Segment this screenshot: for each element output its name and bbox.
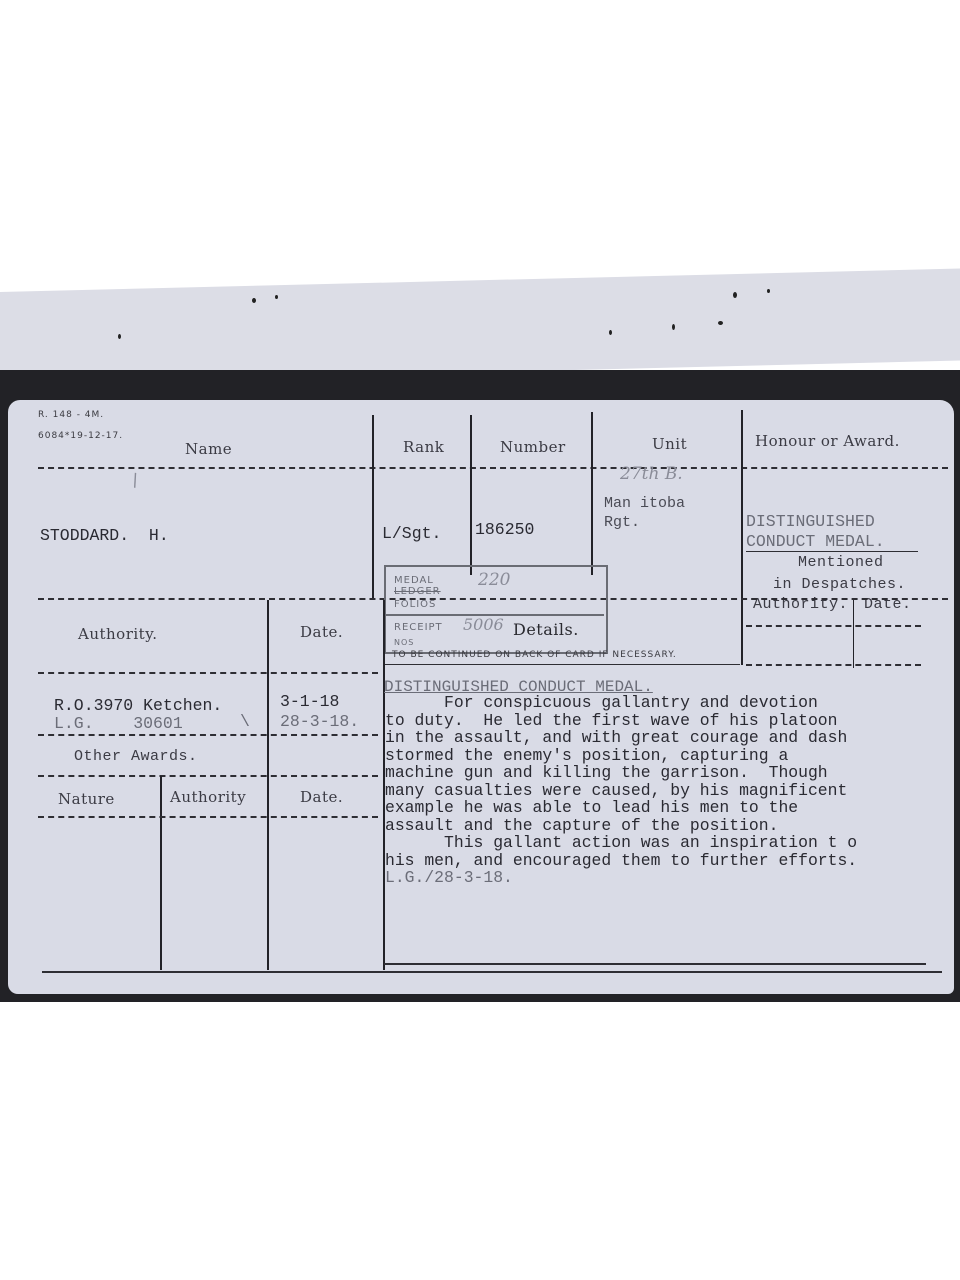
authority-header: Authority. [78, 625, 157, 643]
stamp-receipt-label: RECEIPT [394, 622, 443, 633]
other-awards-line [38, 775, 378, 777]
authority-entries-line [38, 734, 378, 736]
citation-line: his men, and encouraged them to further … [385, 851, 857, 870]
details-bottom-line [384, 963, 926, 965]
despatches-label-1: Mentioned [798, 554, 884, 571]
print-reference: 6084*19-12-17. [38, 431, 123, 441]
citation-line: in the assault, and with great courage a… [385, 728, 847, 747]
authority-entry-2-mark: \ [240, 712, 250, 731]
unit-line-1: Man itoba [604, 495, 685, 512]
citation-line: This gallant action was an inspiration t… [385, 833, 857, 852]
record-card: R. 148 - 4M. 6084*19-12-17. Name Rank Nu… [8, 400, 954, 994]
date-entry-1: 3-1-18 [280, 692, 339, 711]
soldier-number: 186250 [475, 520, 534, 539]
scan-speck [733, 292, 737, 298]
stamp-ledger-label: LEDGER [394, 586, 441, 597]
stamp-medal-label: MEDAL [394, 575, 434, 586]
other-awards-col-authority: Authority [170, 788, 246, 806]
column-divider [372, 415, 374, 600]
other-awards-header-line [38, 816, 378, 818]
column-divider [741, 410, 743, 665]
folio-value: 220 [478, 570, 510, 590]
citation-line: assault and the capture of the position. [385, 816, 778, 835]
date-header: Date. [300, 623, 343, 641]
despatches-bottom-line [746, 664, 921, 666]
authority-entry-1: R.O.3970 Ketchen. [54, 696, 222, 715]
other-awards-col-date: Date. [300, 788, 343, 806]
unit-line-2: Rgt. [604, 514, 640, 531]
column-divider [160, 776, 162, 970]
header-rank: Rank [403, 438, 444, 456]
scan-background-sheet [0, 269, 960, 384]
despatches-label-2: in Despatches. [773, 576, 906, 593]
continued-note: TO BE CONTINUED ON BACK OF CARD IF NECES… [392, 650, 677, 660]
scan-speck [252, 298, 256, 303]
details-header: Details. [513, 620, 579, 639]
citation-line: For conspicuous gallantry and devotion [385, 693, 818, 712]
stamp-nos-label: NOS [394, 638, 414, 647]
scan-speck [718, 321, 723, 325]
column-divider [267, 600, 269, 970]
column-divider [470, 415, 472, 575]
award-name-line-2: CONDUCT MEDAL. [746, 532, 885, 551]
header-number: Number [500, 438, 566, 456]
unit-handwritten-note: 27th B. [620, 464, 683, 484]
receipt-value: 5006 [463, 615, 504, 634]
column-divider [591, 412, 593, 575]
citation-line: machine gun and killing the garrison. Th… [385, 763, 828, 782]
other-awards-title: Other Awards. [74, 748, 198, 765]
citation-line: to duty. He led the first wave of his pl… [385, 711, 837, 730]
name-correction-mark: \ [130, 470, 140, 492]
header-name: Name [185, 440, 232, 458]
award-underline [746, 551, 918, 552]
soldier-rank: L/Sgt. [382, 524, 441, 543]
scan-speck [118, 334, 121, 339]
header-divider [38, 467, 948, 469]
citation-line: many casualties were caused, by his magn… [385, 781, 847, 800]
scan-speck [672, 324, 675, 330]
despatches-row-line [746, 625, 921, 627]
date-entry-2: 28-3-18. [280, 712, 359, 731]
award-name-line-1: DISTINGUISHED [746, 512, 875, 531]
scan-speck [275, 295, 278, 299]
other-awards-col-nature: Nature [58, 790, 115, 808]
scan-speck [767, 289, 770, 293]
scan-speck [609, 330, 612, 335]
form-reference: R. 148 - 4M. [38, 410, 104, 420]
authority-entry-2: L.G. 30601 [54, 714, 183, 733]
citation-line: stormed the enemy's position, capturing … [385, 746, 788, 765]
citation-body: For conspicuous gallantry and devotion t… [385, 694, 857, 887]
citation-line: L.G./28-3-18. [385, 868, 513, 887]
stamp-folios-label: FOLIOS [394, 599, 436, 610]
header-unit: Unit [652, 435, 687, 453]
header-honour-award: Honour or Award. [755, 432, 900, 450]
despatches-divider [853, 598, 854, 668]
citation-line: example he was able to lead his men to t… [385, 798, 798, 817]
details-header-line [384, 664, 740, 665]
authority-header-line [38, 672, 378, 674]
soldier-name: STODDARD. H. [40, 526, 169, 545]
card-bottom-line [42, 971, 942, 973]
